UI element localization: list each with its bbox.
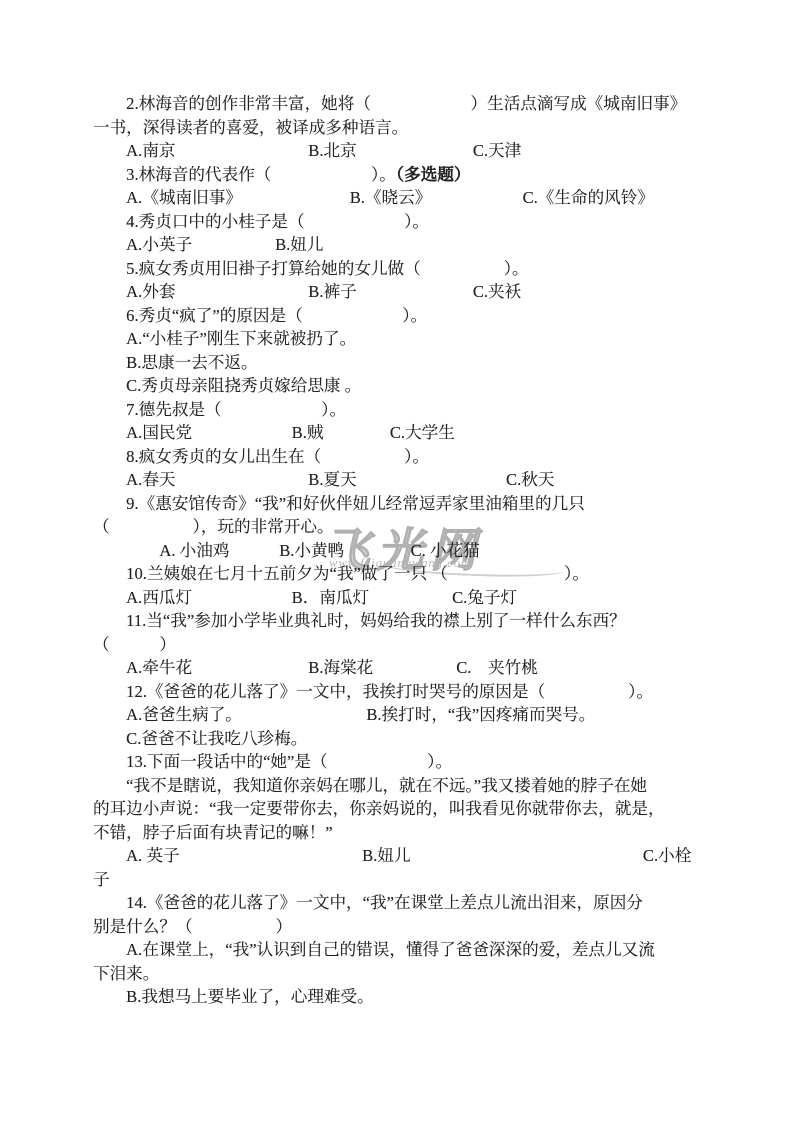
text-line: 9.《惠安馆传奇》“我”和好伙伴妞儿经常逗弄家里油箱里的几只 (93, 492, 718, 516)
text-segment: B.思康一去不返。 (93, 353, 258, 372)
text-line: 3.林海音的代表作（ ）。（多选题） (93, 163, 718, 187)
text-segment: A.南京 B.北京 C.天津 (93, 141, 521, 160)
text-line: 2.林海音的创作非常丰富，她将（ ）生活点滴写成《城南旧事》 (93, 92, 718, 116)
text-line: A.南京 B.北京 C.天津 (93, 139, 718, 163)
question-8: 8.疯女秀贞的女儿出生在（ ）。 A.春天 B.夏天 C.秋天 (93, 445, 718, 492)
text-line: 13.下面一段话中的“她”是（ ）。 (93, 750, 718, 774)
question-2: 2.林海音的创作非常丰富，她将（ ）生活点滴写成《城南旧事》一书，深得读者的喜爱… (93, 92, 718, 163)
text-segment: A.《城南旧事》 B.《晓云》 C.《生命的风铃》 (93, 188, 654, 207)
text-line: 7.德先叔是（ ）。 (93, 398, 718, 422)
text-segment: 的耳边小声说：“我一定要带你去，你亲妈说的，叫我看见你就带你去，就是， (93, 799, 665, 818)
text-line: A.爸爸生病了。 B.挨打时，“我”因疼痛而哭号。 (93, 703, 718, 727)
question-13: 13.下面一段话中的“她”是（ ）。 “我不是瞎说，我知道你亲妈在哪儿，就在不远… (93, 750, 718, 891)
text-segment: A.爸爸生病了。 B.挨打时，“我”因疼痛而哭号。 (93, 705, 595, 724)
text-line: 的耳边小声说：“我一定要带你去，你亲妈说的，叫我看见你就带你去，就是， (93, 797, 718, 821)
text-line: B.思康一去不返。 (93, 351, 718, 375)
text-segment: A.小英子 B.妞儿 (93, 235, 323, 254)
text-segment: 14.《爸爸的花儿落了》一文中，“我”在课堂上差点儿流出泪来，原因分 (93, 893, 643, 912)
text-segment: A.春天 B.夏天 C.秋天 (93, 470, 554, 489)
text-segment: 2.林海音的创作非常丰富，她将（ ）生活点滴写成《城南旧事》 (93, 94, 686, 113)
text-segment: 10.兰姨娘在七月十五前夕为“我”做了一只 （ ）。 (93, 564, 589, 583)
multi-select-note: （多选题） (396, 165, 471, 184)
text-segment: A.西瓜灯 B．南瓜灯 C.兔子灯 (93, 588, 517, 607)
question-7: 7.德先叔是（ ）。 A.国民党 B.贼 C.大学生 (93, 398, 718, 445)
question-4: 4.秀贞口中的小桂子是（ ）。 A.小英子 B.妞儿 (93, 210, 718, 257)
text-line: 下泪来。 (93, 962, 718, 986)
text-line: A. 小油鸡 B.小黄鸭 C. 小花猫 (93, 539, 718, 563)
text-line: A.小英子 B.妞儿 (93, 233, 718, 257)
question-14: 14.《爸爸的花儿落了》一文中，“我”在课堂上差点儿流出泪来，原因分别是什么？（… (93, 891, 718, 1009)
question-11: 11.当“我”参加小学毕业典礼时，妈妈给我的襟上别了一样什么东西？（ ） A.牵… (93, 609, 718, 680)
text-line: A.“小桂子”刚生下来就被扔了。 (93, 327, 718, 351)
text-line: A.在课堂上，“我”认识到自己的错误，懂得了爸爸深深的爱，差点儿又流 (93, 938, 718, 962)
text-line: A.《城南旧事》 B.《晓云》 C.《生命的风铃》 (93, 186, 718, 210)
text-segment: A.外套 B.裤子 C.夹袄 (93, 282, 521, 301)
text-segment: 7.德先叔是（ ）。 (93, 400, 346, 419)
text-segment: 别是什么？（ ） (93, 917, 292, 936)
text-line: 8.疯女秀贞的女儿出生在（ ）。 (93, 445, 718, 469)
text-line: A.牵牛花 B.海棠花 C. 夹竹桃 (93, 656, 718, 680)
text-line: A. 英子 B.妞儿 C.小栓 (93, 844, 718, 868)
text-line: A.外套 B.裤子 C.夹袄 (93, 280, 718, 304)
text-line: 4.秀贞口中的小桂子是（ ）。 (93, 210, 718, 234)
text-line: 一书，深得读者的喜爱，被译成多种语言。 (93, 116, 718, 140)
text-segment: A.牵牛花 B.海棠花 C. 夹竹桃 (93, 658, 538, 677)
text-segment: C.爸爸不让我吃八珍梅。 (93, 729, 307, 748)
text-segment: 不错，脖子后面有块青记的嘛！” (93, 823, 333, 842)
text-line: “我不是瞎说，我知道你亲妈在哪儿，就在不远。”我又搂着她的脖子在她 (93, 774, 718, 798)
text-segment: C.秀贞母亲阻挠秀贞嫁给思康 。 (93, 376, 361, 395)
text-segment: 3.林海音的代表作（ ）。 (93, 165, 396, 184)
text-segment: B.我想马上要毕业了，心理难受。 (93, 987, 374, 1006)
text-line: 5.疯女秀贞用旧褂子打算给她的女儿做（ ）。 (93, 257, 718, 281)
text-line: A.国民党 B.贼 C.大学生 (93, 421, 718, 445)
text-segment: 9.《惠安馆传奇》“我”和好伙伴妞儿经常逗弄家里油箱里的几只 (93, 494, 585, 513)
text-line: （ ） (93, 633, 718, 657)
question-3: 3.林海音的代表作（ ）。（多选题） A.《城南旧事》 B.《晓云》 C.《生命… (93, 163, 718, 210)
text-segment: 12.《爸爸的花儿落了》一文中，我挨打时哭号的原因是（ ）。 (93, 682, 653, 701)
text-segment: 13.下面一段话中的“她”是（ ）。 (93, 752, 452, 771)
text-segment: A.“小桂子”刚生下来就被扔了。 (93, 329, 356, 348)
text-line: 11.当“我”参加小学毕业典礼时，妈妈给我的襟上别了一样什么东西？ (93, 609, 718, 633)
question-5: 5.疯女秀贞用旧褂子打算给她的女儿做（ ）。 A.外套 B.裤子 C.夹袄 (93, 257, 718, 304)
text-segment: A. 小油鸡 B.小黄鸭 C. 小花猫 (93, 541, 480, 560)
text-segment: 11.当“我”参加小学毕业典礼时，妈妈给我的襟上别了一样什么东西？ (93, 611, 626, 630)
question-9: 9.《惠安馆传奇》“我”和好伙伴妞儿经常逗弄家里油箱里的几只（ ），玩的非常开心… (93, 492, 718, 563)
text-segment: A.在课堂上，“我”认识到自己的错误，懂得了爸爸深深的爱，差点儿又流 (93, 940, 655, 959)
text-line: （ ），玩的非常开心。 (93, 515, 718, 539)
text-line: C.爸爸不让我吃八珍梅。 (93, 727, 718, 751)
text-line: 别是什么？（ ） (93, 915, 718, 939)
quiz-content: 2.林海音的创作非常丰富，她将（ ）生活点滴写成《城南旧事》一书，深得读者的喜爱… (93, 92, 718, 1009)
text-line: 12.《爸爸的花儿落了》一文中，我挨打时哭号的原因是（ ）。 (93, 680, 718, 704)
text-line: B.我想马上要毕业了，心理难受。 (93, 985, 718, 1009)
text-segment: 4.秀贞口中的小桂子是（ ）。 (93, 212, 429, 231)
text-segment: A. 英子 B.妞儿 C.小栓 (93, 846, 691, 865)
screenshot-root: { "watermark": { "brand": "飞光网", "url": … (0, 0, 793, 1122)
question-6: 6.秀贞“疯了”的原因是（ ）。 A.“小桂子”刚生下来就被扔了。 B.思康一去… (93, 304, 718, 398)
text-line: 不错，脖子后面有块青记的嘛！” (93, 821, 718, 845)
text-line: 14.《爸爸的花儿落了》一文中，“我”在课堂上差点儿流出泪来，原因分 (93, 891, 718, 915)
text-segment: 一书，深得读者的喜爱，被译成多种语言。 (93, 118, 408, 137)
question-12: 12.《爸爸的花儿落了》一文中，我挨打时哭号的原因是（ ）。 A.爸爸生病了。 … (93, 680, 718, 751)
text-line: 10.兰姨娘在七月十五前夕为“我”做了一只 （ ）。 (93, 562, 718, 586)
text-line: 子 (93, 868, 718, 892)
text-line: A.西瓜灯 B．南瓜灯 C.兔子灯 (93, 586, 718, 610)
text-segment: 8.疯女秀贞的女儿出生在（ ）。 (93, 447, 429, 466)
text-segment: A.国民党 B.贼 C.大学生 (93, 423, 455, 442)
text-line: 6.秀贞“疯了”的原因是（ ）。 (93, 304, 718, 328)
text-segment: 下泪来。 (93, 964, 159, 983)
question-10: 10.兰姨娘在七月十五前夕为“我”做了一只 （ ）。 A.西瓜灯 B．南瓜灯 C… (93, 562, 718, 609)
text-segment: 6.秀贞“疯了”的原因是（ ）。 (93, 306, 427, 325)
text-line: C.秀贞母亲阻挠秀贞嫁给思康 。 (93, 374, 718, 398)
document-page: 飞光网 www.feiguangwang.com 2.林海音的创作非常丰富，她将… (0, 0, 793, 1122)
text-segment: “我不是瞎说，我知道你亲妈在哪儿，就在不远。”我又搂着她的脖子在她 (93, 776, 647, 795)
text-line: A.春天 B.夏天 C.秋天 (93, 468, 718, 492)
text-segment: 子 (93, 870, 110, 889)
text-segment: （ ） (93, 635, 176, 654)
text-segment: 5.疯女秀贞用旧褂子打算给她的女儿做（ ）。 (93, 259, 529, 278)
text-segment: （ ），玩的非常开心。 (93, 517, 334, 536)
